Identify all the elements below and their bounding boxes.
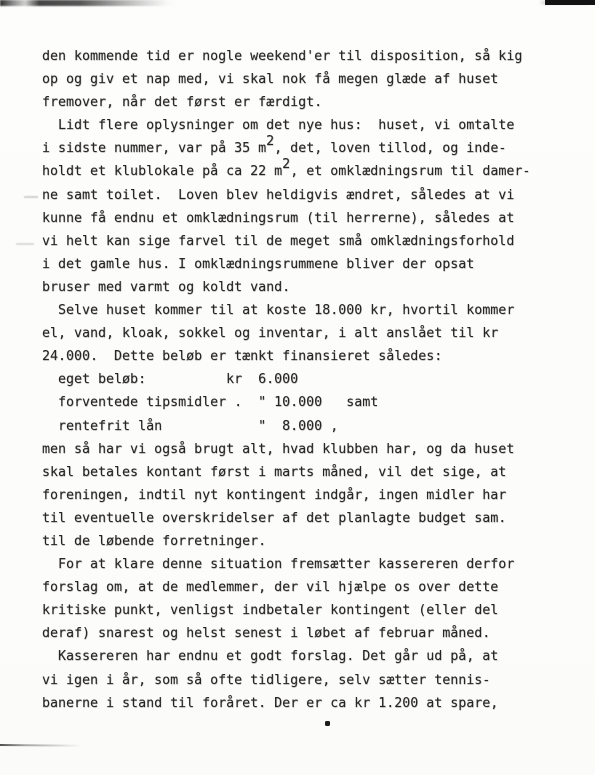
text-line: banerne i stand til foråret. Der er ca k… (42, 692, 530, 715)
scan-artifact-bottom-left-line (0, 744, 82, 747)
text-line: vi helt kan sige farvel til de meget små… (42, 230, 530, 253)
text-line: i det gamle hus. I omklædningsrummene bl… (42, 253, 530, 276)
scan-artifact-speck (24, 196, 38, 198)
text-line: eget beløb: kr 6.000 (42, 368, 530, 391)
text-line: Selve huset kommer til at koste 18.000 k… (42, 299, 530, 322)
text-line: til eventuelle overskridelser af det pla… (42, 507, 530, 530)
text-line: vi igen i år, som så ofte tidligere, sel… (42, 669, 530, 692)
text-line: bruser med varmt og koldt vand. (42, 276, 530, 299)
text-line: Lidt flere oplysninger om det nye hus: h… (42, 114, 530, 137)
text-line: kunne få endnu et omklædningsrum (til he… (42, 207, 530, 230)
scan-artifact-top-left-streak (0, 0, 178, 6)
scan-artifact-top-right-bar (545, 0, 595, 5)
text-line: ne samt toilet. Loven blev heldigvis ænd… (42, 184, 530, 207)
scan-artifact-speck (16, 243, 34, 245)
text-line: men så har vi også brugt alt, hvad klubb… (42, 438, 530, 461)
text-line: til de løbende forretninger. (42, 530, 530, 553)
text-line: op og giv et nap med, vi skal nok få meg… (42, 68, 530, 91)
text-line: forventede tipsmidler . " 10.000 samt (42, 391, 530, 414)
text-line: foreningen, indtil nyt kontingent indgår… (42, 484, 530, 507)
text-line: den kommende tid er nogle weekend'er til… (42, 45, 530, 68)
text-line: For at klare denne situation fremsætter … (42, 553, 530, 576)
text-line: el, vand, kloak, sokkel og inventar, i a… (42, 322, 530, 345)
scan-artifact-ink-dot (325, 721, 330, 726)
text-line: kritiske punkt, venligst indbetaler kont… (42, 599, 530, 622)
document-text: den kommende tid er nogle weekend'er til… (42, 45, 530, 715)
text-line: holdt et klublokale på ca 22 m2, et omkl… (42, 160, 530, 183)
text-line: Kassereren har endnu et godt forslag. De… (42, 645, 530, 668)
text-line: 24.000. Dette beløb er tænkt finansieret… (42, 345, 530, 368)
text-line: deraf) snarest og helst senest i løbet a… (42, 622, 530, 645)
text-line: skal betales kontant først i marts måned… (42, 461, 530, 484)
text-line: fremover, når det først er færdigt. (42, 91, 530, 114)
text-line: forslag om, at de medlemmer, der vil hjæ… (42, 576, 530, 599)
text-line: rentefrit lån " 8.000 , (42, 415, 530, 438)
scanned-document-page: den kommende tid er nogle weekend'er til… (0, 0, 595, 775)
